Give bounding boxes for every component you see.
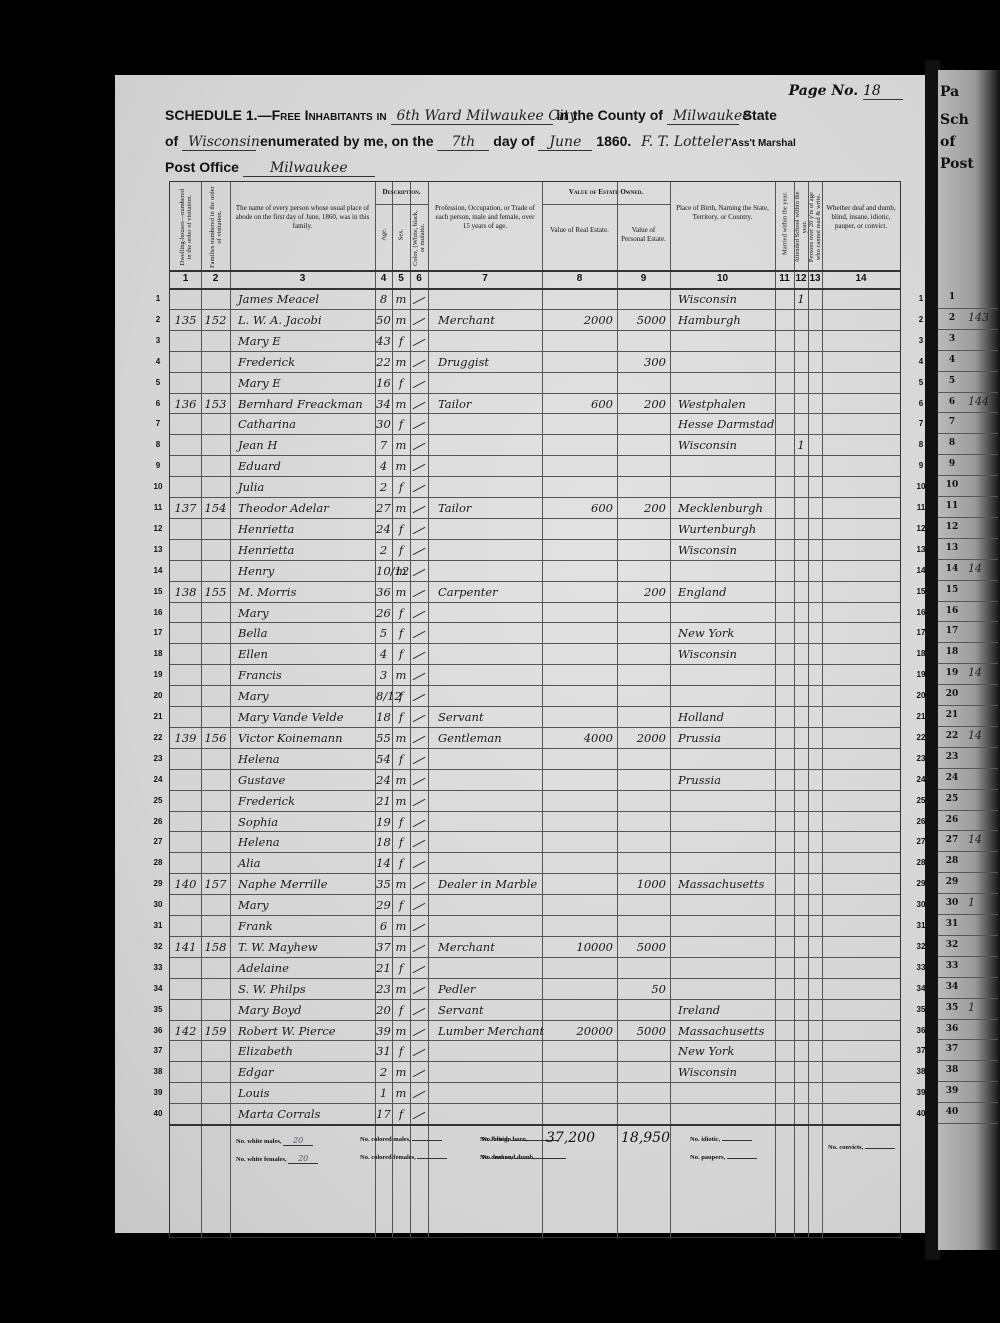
adjacent-line-number: 38 bbox=[940, 1065, 964, 1075]
color-tick-mark bbox=[413, 485, 426, 492]
sex: f bbox=[393, 626, 409, 640]
person-name: Frederick bbox=[238, 355, 373, 369]
adjacent-line-number: 17 bbox=[940, 626, 964, 636]
adjacent-dwelling-number: 14 bbox=[968, 833, 982, 846]
person-name: Marta Corrals bbox=[238, 1107, 373, 1121]
sex: m bbox=[393, 731, 409, 745]
age: 43 bbox=[376, 334, 391, 348]
line-number-left: 34 bbox=[150, 984, 166, 993]
birthplace: Mecklenburgh bbox=[678, 501, 773, 515]
adjacent-row-divider bbox=[938, 1081, 998, 1082]
adjacent-row-divider bbox=[938, 810, 998, 811]
color-tick-mark bbox=[413, 966, 426, 973]
color-tick-mark bbox=[413, 673, 426, 680]
column-header-label: Age. bbox=[380, 205, 387, 265]
personal-estate-value: 2000 bbox=[619, 731, 666, 745]
column-number-9: 9 bbox=[617, 273, 670, 284]
person-name: Gustave bbox=[238, 773, 373, 787]
dwelling-number: 142 bbox=[172, 1024, 199, 1038]
age: 2 bbox=[376, 1065, 391, 1079]
month-field: June bbox=[538, 134, 592, 151]
adjacent-row-divider bbox=[938, 350, 998, 351]
occupation: Servant bbox=[438, 710, 540, 724]
row-divider bbox=[170, 413, 900, 414]
personal-estate-value: 5000 bbox=[619, 940, 666, 954]
sex: f bbox=[393, 543, 409, 557]
post-office-label: Post Office bbox=[165, 159, 239, 175]
family-number: 159 bbox=[203, 1024, 228, 1038]
sex: m bbox=[393, 355, 409, 369]
age: 5 bbox=[376, 626, 391, 640]
line-number-left: 36 bbox=[150, 1026, 166, 1035]
idiotic-count-label: No. idiotic, bbox=[690, 1136, 722, 1143]
adjacent-row-divider bbox=[938, 329, 998, 330]
occupation: Dealer in Marble bbox=[438, 877, 540, 891]
adjacent-header-fragment: of bbox=[940, 134, 955, 150]
column-divider bbox=[670, 182, 671, 1237]
age: 24 bbox=[376, 522, 391, 536]
line-number-right: 10 bbox=[908, 482, 934, 491]
state-field: Wisconsin bbox=[182, 134, 256, 151]
dwelling-number: 137 bbox=[172, 501, 199, 515]
color-tick-mark bbox=[413, 548, 426, 555]
row-divider bbox=[170, 685, 900, 686]
convicts-count: No. convicts, bbox=[828, 1144, 895, 1151]
adjacent-line-number: 29 bbox=[940, 877, 964, 887]
adjacent-line-number: 13 bbox=[940, 543, 964, 553]
age: 21 bbox=[376, 794, 391, 808]
line-number-right: 8 bbox=[908, 440, 934, 449]
occupation: Gentleman bbox=[438, 731, 540, 745]
row-divider bbox=[170, 1020, 900, 1021]
line-number-left: 40 bbox=[150, 1109, 166, 1118]
row-divider bbox=[170, 434, 900, 435]
line-number-right: 32 bbox=[908, 942, 934, 951]
line-number-left: 1 bbox=[150, 294, 166, 303]
family-number: 156 bbox=[203, 731, 228, 745]
adjacent-line-number: 21 bbox=[940, 710, 964, 720]
line-number-right: 26 bbox=[908, 817, 934, 826]
adjacent-row-divider bbox=[938, 642, 998, 643]
line-number-left: 19 bbox=[150, 670, 166, 679]
row-divider bbox=[170, 476, 900, 477]
adjacent-line-number: 6 bbox=[940, 397, 964, 407]
adjacent-line-number: 28 bbox=[940, 856, 964, 866]
person-name: Helena bbox=[238, 835, 373, 849]
age: 24 bbox=[376, 773, 391, 787]
adjacent-row-divider bbox=[938, 412, 998, 413]
sex: m bbox=[393, 940, 409, 954]
adjacent-line-number: 36 bbox=[940, 1024, 964, 1034]
color-tick-mark bbox=[413, 1049, 426, 1056]
column-header-7: Profession, Occupation, or Trade of each… bbox=[432, 204, 538, 230]
occupation: Tailor bbox=[438, 501, 540, 515]
color-tick-mark bbox=[413, 297, 426, 304]
color-tick-mark bbox=[413, 986, 426, 993]
adjacent-row-divider bbox=[938, 1060, 998, 1061]
real-estate-value: 600 bbox=[544, 501, 613, 515]
personal-estate-value: 300 bbox=[619, 355, 666, 369]
family-number: 152 bbox=[203, 313, 228, 327]
sex: m bbox=[393, 919, 409, 933]
post-office-field: Milwaukee bbox=[243, 160, 375, 177]
line-number-right: 29 bbox=[908, 879, 934, 888]
line-number-left: 29 bbox=[150, 879, 166, 888]
adjacent-row-divider bbox=[938, 1039, 998, 1040]
line-number-left: 16 bbox=[150, 608, 166, 617]
line-number-left: 33 bbox=[150, 963, 166, 972]
line-number-right: 19 bbox=[908, 670, 934, 679]
column-header-2: Families numbered in the order of visita… bbox=[201, 182, 230, 270]
real-estate-value: 10000 bbox=[544, 940, 613, 954]
occupation: Servant bbox=[438, 1003, 540, 1017]
column-header-9: Value of Personal Estate. bbox=[621, 226, 666, 244]
row-divider bbox=[170, 957, 900, 958]
column-divider bbox=[201, 182, 202, 1237]
paupers-count: No. paupers, bbox=[690, 1154, 757, 1161]
line-number-left: 35 bbox=[150, 1005, 166, 1014]
row-divider bbox=[170, 727, 900, 728]
column-divider bbox=[775, 182, 776, 1237]
adjacent-line-number: 9 bbox=[940, 459, 964, 469]
line-number-left: 6 bbox=[150, 399, 166, 408]
birthplace: Holland bbox=[678, 710, 773, 724]
line-number-left: 8 bbox=[150, 440, 166, 449]
person-name: James Meacel bbox=[238, 292, 373, 306]
dwelling-number: 136 bbox=[172, 397, 199, 411]
summary-divider bbox=[170, 1124, 900, 1126]
line-number-left: 21 bbox=[150, 712, 166, 721]
sex: f bbox=[393, 376, 409, 390]
birthplace: Hamburgh bbox=[678, 313, 773, 327]
column-header-label: Married within the year. bbox=[781, 183, 788, 265]
person-name: S. W. Philps bbox=[238, 982, 373, 996]
person-name: Victor Koinemann bbox=[238, 731, 373, 745]
sex: f bbox=[393, 898, 409, 912]
county-field: Milwaukee bbox=[667, 108, 739, 125]
insane-count-value bbox=[514, 1158, 544, 1159]
adjacent-dwelling-number: 143 bbox=[968, 311, 989, 324]
sex: m bbox=[393, 564, 409, 578]
attended-school: 1 bbox=[795, 438, 807, 452]
sex: f bbox=[393, 647, 409, 661]
white-males-count-value: 20 bbox=[283, 1136, 313, 1146]
person-name: T. W. Mayhew bbox=[238, 940, 373, 954]
line-number-right: 28 bbox=[908, 858, 934, 867]
birthplace: Wisconsin bbox=[678, 1065, 773, 1079]
sex: m bbox=[393, 585, 409, 599]
age: 17 bbox=[376, 1107, 391, 1121]
line-number-left: 2 bbox=[150, 315, 166, 324]
line-number-left: 37 bbox=[150, 1046, 166, 1055]
adjacent-row-divider bbox=[938, 559, 998, 560]
age: 3 bbox=[376, 668, 391, 682]
adjacent-line-number: 25 bbox=[940, 794, 964, 804]
occupation: Pedler bbox=[438, 982, 540, 996]
sex: m bbox=[393, 459, 409, 473]
column-header-12: Attended School within the year. bbox=[794, 182, 808, 270]
color-tick-mark bbox=[413, 1028, 426, 1035]
line-number-right: 9 bbox=[908, 461, 934, 470]
birthplace: Westphalen bbox=[678, 397, 773, 411]
description-group-header: Description. bbox=[375, 188, 428, 197]
blind-count-value bbox=[511, 1140, 541, 1141]
adjacent-row-divider bbox=[938, 1019, 998, 1020]
column-header-5: Sex. bbox=[392, 204, 410, 270]
row-divider bbox=[170, 706, 900, 707]
row-divider bbox=[170, 560, 900, 561]
age: 36 bbox=[376, 585, 391, 599]
line-number-right: 14 bbox=[908, 566, 934, 575]
adjacent-line-number: 35 bbox=[940, 1003, 964, 1013]
adjacent-line-number: 24 bbox=[940, 773, 964, 783]
line-number-left: 3 bbox=[150, 336, 166, 345]
color-tick-mark bbox=[413, 527, 426, 534]
schedule-title-line: SCHEDULE 1.—Free Inhabitants in 6th Ward… bbox=[165, 107, 777, 125]
convicts-count-label: No. convicts, bbox=[828, 1144, 865, 1151]
person-name: Mary bbox=[238, 689, 373, 703]
line-number-right: 24 bbox=[908, 775, 934, 784]
column-divider bbox=[794, 182, 795, 1237]
line-number-right: 21 bbox=[908, 712, 934, 721]
adjacent-row-divider bbox=[938, 371, 998, 372]
person-name: Alia bbox=[238, 856, 373, 870]
color-tick-mark bbox=[413, 339, 426, 346]
adjacent-row-divider bbox=[938, 935, 998, 936]
row-divider bbox=[170, 518, 900, 519]
line-number-right: 12 bbox=[908, 524, 934, 533]
line-number-left: 12 bbox=[150, 524, 166, 533]
line-number-right: 16 bbox=[908, 608, 934, 617]
color-tick-mark bbox=[413, 422, 426, 429]
age: 22 bbox=[376, 355, 391, 369]
color-tick-mark bbox=[413, 443, 426, 450]
adjacent-dwelling-number: 14 bbox=[968, 729, 982, 742]
color-tick-mark bbox=[413, 506, 426, 513]
color-tick-mark bbox=[413, 1007, 426, 1014]
line-number-left: 23 bbox=[150, 754, 166, 763]
paupers-count-label: No. paupers, bbox=[690, 1154, 727, 1161]
birthplace: Prussia bbox=[678, 773, 773, 787]
adjacent-line-number: 40 bbox=[940, 1107, 964, 1117]
column-divider bbox=[808, 182, 809, 1237]
adjacent-row-divider bbox=[938, 1102, 998, 1103]
schedule-title: SCHEDULE 1.—Free Inhabitants in bbox=[165, 107, 387, 123]
line-number-right: 11 bbox=[908, 503, 934, 512]
adjacent-line-number: 33 bbox=[940, 961, 964, 971]
line-number-left: 4 bbox=[150, 357, 166, 366]
sex: f bbox=[393, 752, 409, 766]
line-number-left: 20 bbox=[150, 691, 166, 700]
adjacent-row-divider bbox=[938, 1123, 998, 1124]
occupation: Tailor bbox=[438, 397, 540, 411]
convicts-count-value bbox=[865, 1148, 895, 1149]
adjacent-row-divider bbox=[938, 601, 998, 602]
adjacent-line-number: 10 bbox=[940, 480, 964, 490]
header-divider bbox=[170, 270, 900, 272]
white-females-count-label: No. white females, bbox=[236, 1156, 288, 1163]
row-divider bbox=[170, 455, 900, 456]
dwelling-number: 138 bbox=[172, 585, 199, 599]
sex: f bbox=[393, 417, 409, 431]
row-divider bbox=[170, 664, 900, 665]
insane-count-label: No. insane, bbox=[482, 1154, 514, 1161]
post-office-line: Post Office Milwaukee bbox=[165, 159, 375, 177]
column-header-label: Sex. bbox=[397, 205, 404, 265]
row-divider bbox=[170, 748, 900, 749]
page-number-value: 18 bbox=[863, 83, 903, 100]
line-number-right: 4 bbox=[908, 357, 934, 366]
birthplace: Wisconsin bbox=[678, 647, 773, 661]
row-divider bbox=[170, 769, 900, 770]
colored-females-count-value bbox=[417, 1158, 447, 1159]
column-divider bbox=[617, 182, 618, 1237]
column-header-8: Value of Real Estate. bbox=[546, 226, 613, 235]
age: 29 bbox=[376, 898, 391, 912]
color-tick-mark bbox=[413, 631, 426, 638]
occupation: Merchant bbox=[438, 313, 540, 327]
sex: f bbox=[393, 689, 409, 703]
adjacent-dwelling-number: 1 bbox=[968, 1001, 975, 1014]
blind-count-label: No. blind, bbox=[482, 1136, 511, 1143]
sex: m bbox=[393, 313, 409, 327]
line-number-left: 15 bbox=[150, 587, 166, 596]
adjacent-row-divider bbox=[938, 684, 998, 685]
row-divider bbox=[170, 1103, 900, 1104]
age: 1 bbox=[376, 1086, 391, 1100]
person-name: Robert W. Pierce bbox=[238, 1024, 373, 1038]
line-number-left: 26 bbox=[150, 817, 166, 826]
adjacent-header-fragment: Pa bbox=[940, 84, 959, 100]
adjacent-page-strip: PaSchofPost12345678910111213141516171819… bbox=[938, 70, 1000, 1250]
row-divider bbox=[170, 1040, 900, 1041]
line-number-left: 32 bbox=[150, 942, 166, 951]
row-divider bbox=[170, 790, 900, 791]
column-header-3: The name of every person whose usual pla… bbox=[234, 204, 371, 230]
column-header-6: Color, {White, black, or mulatto. bbox=[410, 204, 428, 270]
age: 39 bbox=[376, 1024, 391, 1038]
person-name: Mary E bbox=[238, 376, 373, 390]
column-header-14: Whether deaf and dumb, blind, insane, id… bbox=[826, 204, 896, 230]
line-number-left: 28 bbox=[150, 858, 166, 867]
age: 35 bbox=[376, 877, 391, 891]
age: 8/12 bbox=[376, 689, 391, 703]
adjacent-row-divider bbox=[938, 789, 998, 790]
adjacent-row-divider bbox=[938, 851, 998, 852]
sex: f bbox=[393, 835, 409, 849]
sex: f bbox=[393, 815, 409, 829]
person-name: Adelaine bbox=[238, 961, 373, 975]
line-number-right: 3 bbox=[908, 336, 934, 345]
color-tick-mark bbox=[413, 798, 426, 805]
sex: m bbox=[393, 1065, 409, 1079]
real-estate-total: 37,200 bbox=[546, 1130, 595, 1146]
adjacent-row-divider bbox=[938, 496, 998, 497]
insane-count: No. insane, bbox=[482, 1154, 544, 1161]
age: 6 bbox=[376, 919, 391, 933]
color-tick-mark bbox=[413, 694, 426, 701]
sex: f bbox=[393, 710, 409, 724]
line-number-right: 39 bbox=[908, 1088, 934, 1097]
person-name: Mary Boyd bbox=[238, 1003, 373, 1017]
color-tick-mark bbox=[413, 924, 426, 931]
adjacent-line-number: 8 bbox=[940, 438, 964, 448]
page-number-label: Page No. bbox=[789, 83, 859, 99]
row-divider bbox=[170, 372, 900, 373]
person-name: Helena bbox=[238, 752, 373, 766]
colored-females-count: No. colored females, bbox=[360, 1154, 447, 1161]
person-name: Bella bbox=[238, 626, 373, 640]
line-number-left: 9 bbox=[150, 461, 166, 470]
family-number: 154 bbox=[203, 501, 228, 515]
person-name: Henry bbox=[238, 564, 373, 578]
estate-group-divider bbox=[542, 204, 670, 205]
colored-females-count-label: No. colored females, bbox=[360, 1154, 417, 1161]
row-divider bbox=[170, 1061, 900, 1062]
person-name: Sophia bbox=[238, 815, 373, 829]
color-tick-mark bbox=[413, 840, 426, 847]
birthplace: Prussia bbox=[678, 731, 773, 745]
row-divider bbox=[170, 309, 900, 310]
sex: m bbox=[393, 982, 409, 996]
sex: f bbox=[393, 334, 409, 348]
column-header-4: Age. bbox=[375, 204, 392, 270]
birthplace: Massachusetts bbox=[678, 1024, 773, 1038]
line-number-right: 15 bbox=[908, 587, 934, 596]
age: 18 bbox=[376, 710, 391, 724]
age: 18 bbox=[376, 835, 391, 849]
line-number-right: 22 bbox=[908, 733, 934, 742]
marshal-label: Ass't Marshal bbox=[731, 138, 796, 149]
person-name: Mary Vande Velde bbox=[238, 710, 373, 724]
line-number-right: 20 bbox=[908, 691, 934, 700]
column-divider bbox=[410, 182, 411, 1237]
age: 27 bbox=[376, 501, 391, 515]
personal-estate-value: 200 bbox=[619, 585, 666, 599]
color-tick-mark bbox=[413, 1112, 426, 1119]
row-divider bbox=[170, 497, 900, 498]
column-header-label: Families numbered in the order of visita… bbox=[208, 186, 222, 268]
adjacent-row-divider bbox=[938, 977, 998, 978]
personal-estate-value: 1000 bbox=[619, 877, 666, 891]
row-divider bbox=[170, 539, 900, 540]
adjacent-row-divider bbox=[938, 872, 998, 873]
line-number-right: 33 bbox=[908, 963, 934, 972]
white-females-count: No. white females, 20 bbox=[236, 1154, 318, 1164]
sex: m bbox=[393, 397, 409, 411]
age: 23 bbox=[376, 982, 391, 996]
person-name: Mary bbox=[238, 606, 373, 620]
line-number-right: 7 bbox=[908, 419, 934, 428]
enumerated-label: enumerated by me, on the bbox=[260, 133, 433, 149]
person-name: Naphe Merrille bbox=[238, 877, 373, 891]
sex: m bbox=[393, 877, 409, 891]
person-name: Mary bbox=[238, 898, 373, 912]
person-name: Mary E bbox=[238, 334, 373, 348]
age: 10/12 bbox=[376, 564, 391, 578]
adjacent-line-number: 5 bbox=[940, 376, 964, 386]
adjacent-line-number: 11 bbox=[940, 501, 964, 511]
age: 4 bbox=[376, 647, 391, 661]
adjacent-row-divider bbox=[938, 517, 998, 518]
column-number-11: 11 bbox=[775, 273, 794, 284]
column-header-label: Persons over 20 y'rs of age who cannot r… bbox=[808, 186, 822, 268]
adjacent-line-number: 7 bbox=[940, 417, 964, 427]
family-number: 158 bbox=[203, 940, 228, 954]
line-number-right: 36 bbox=[908, 1026, 934, 1035]
column-divider bbox=[822, 182, 823, 1237]
blind-count: No. blind, bbox=[482, 1136, 541, 1143]
